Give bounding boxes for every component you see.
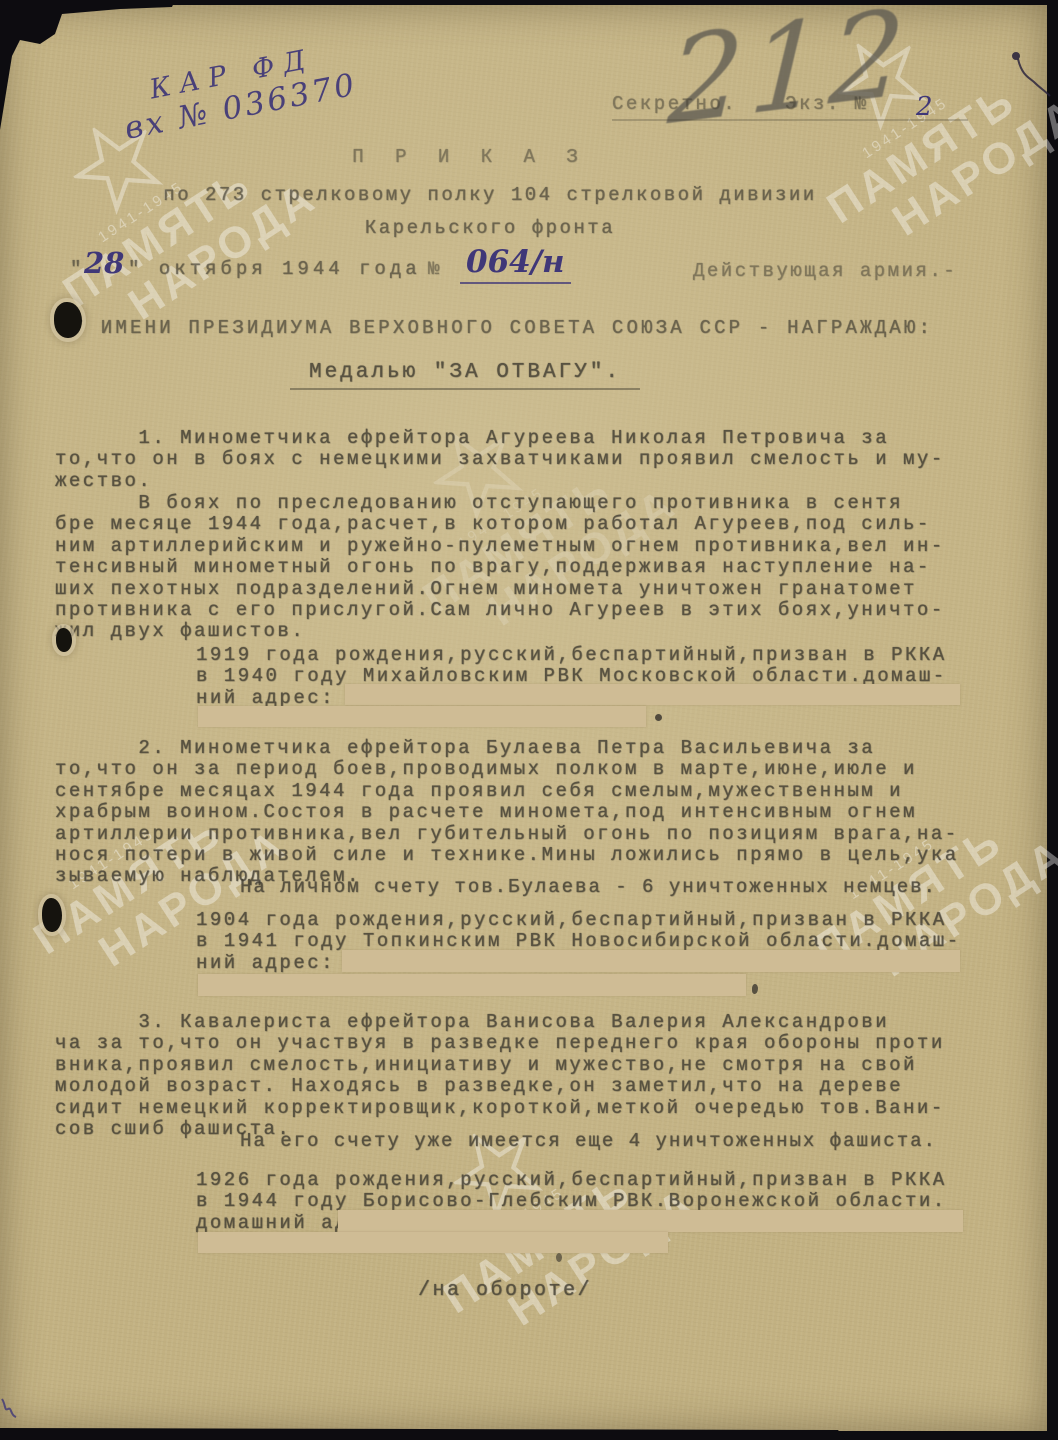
section2-tally: На личном счету тов.Булаева - 6 уничтоже… bbox=[240, 877, 937, 898]
redaction-bar bbox=[345, 684, 960, 705]
comma-mark bbox=[556, 1253, 562, 1262]
order-number-sign: № bbox=[428, 259, 442, 280]
punch-hole bbox=[54, 302, 82, 338]
location-line: Действующая армия.- bbox=[693, 261, 957, 282]
date-day-handwritten: 28 bbox=[84, 246, 124, 280]
order-subtitle-front: Карельского фронта bbox=[110, 218, 870, 239]
section1-paragraph2: В боях по преследованию отступающего про… bbox=[55, 493, 945, 643]
redaction-bar bbox=[198, 1232, 668, 1253]
section1-paragraph1: 1. Минометчика ефрейтора Агуреева Никола… bbox=[55, 428, 945, 492]
footer-note: /на обороте/ bbox=[418, 1280, 592, 1301]
redaction-bar bbox=[198, 706, 646, 727]
secrecy-line: Секретно.Экз. № bbox=[612, 94, 968, 121]
order-title: П Р И К А З bbox=[320, 147, 620, 168]
award-line: Медалью "ЗА ОТВАГУ". bbox=[290, 362, 640, 390]
section2-paragraph1: 2. Минометчика ефрейтора Булаева Петра В… bbox=[55, 738, 959, 888]
scanned-document-page: 1941-1945 ПАМЯТЬ НАРОДА 1941-1945 ПАМЯТЬ… bbox=[0, 0, 1058, 1440]
period-mark bbox=[655, 714, 662, 721]
punch-hole bbox=[42, 898, 62, 932]
order-subtitle-regiment: по 273 стрелковому полку 104 стрелковой … bbox=[110, 185, 870, 206]
redaction-bar bbox=[198, 974, 746, 996]
preamble-line: ОТ ИМЕНИ ПРЕЗИДИУМА ВЕРХОВНОГО СОВЕТА СО… bbox=[57, 318, 933, 339]
date-rest: " октября 1944 года bbox=[128, 259, 421, 280]
redaction-bar bbox=[338, 1210, 963, 1232]
section3-tally: На его счету уже имеется еще 4 уничтожен… bbox=[240, 1131, 937, 1152]
punch-hole bbox=[56, 628, 72, 652]
date-quote-open: " bbox=[70, 259, 84, 280]
section3-paragraph1: 3. Кавалериста ефрейтора Ванисова Валери… bbox=[55, 1012, 945, 1140]
order-number-handwritten: 064/н bbox=[460, 244, 571, 284]
copy-label: Экз. № bbox=[785, 93, 868, 115]
secrecy-label: Секретно. bbox=[612, 93, 737, 115]
redaction-bar bbox=[342, 950, 960, 972]
copy-number: 2 bbox=[916, 92, 933, 122]
